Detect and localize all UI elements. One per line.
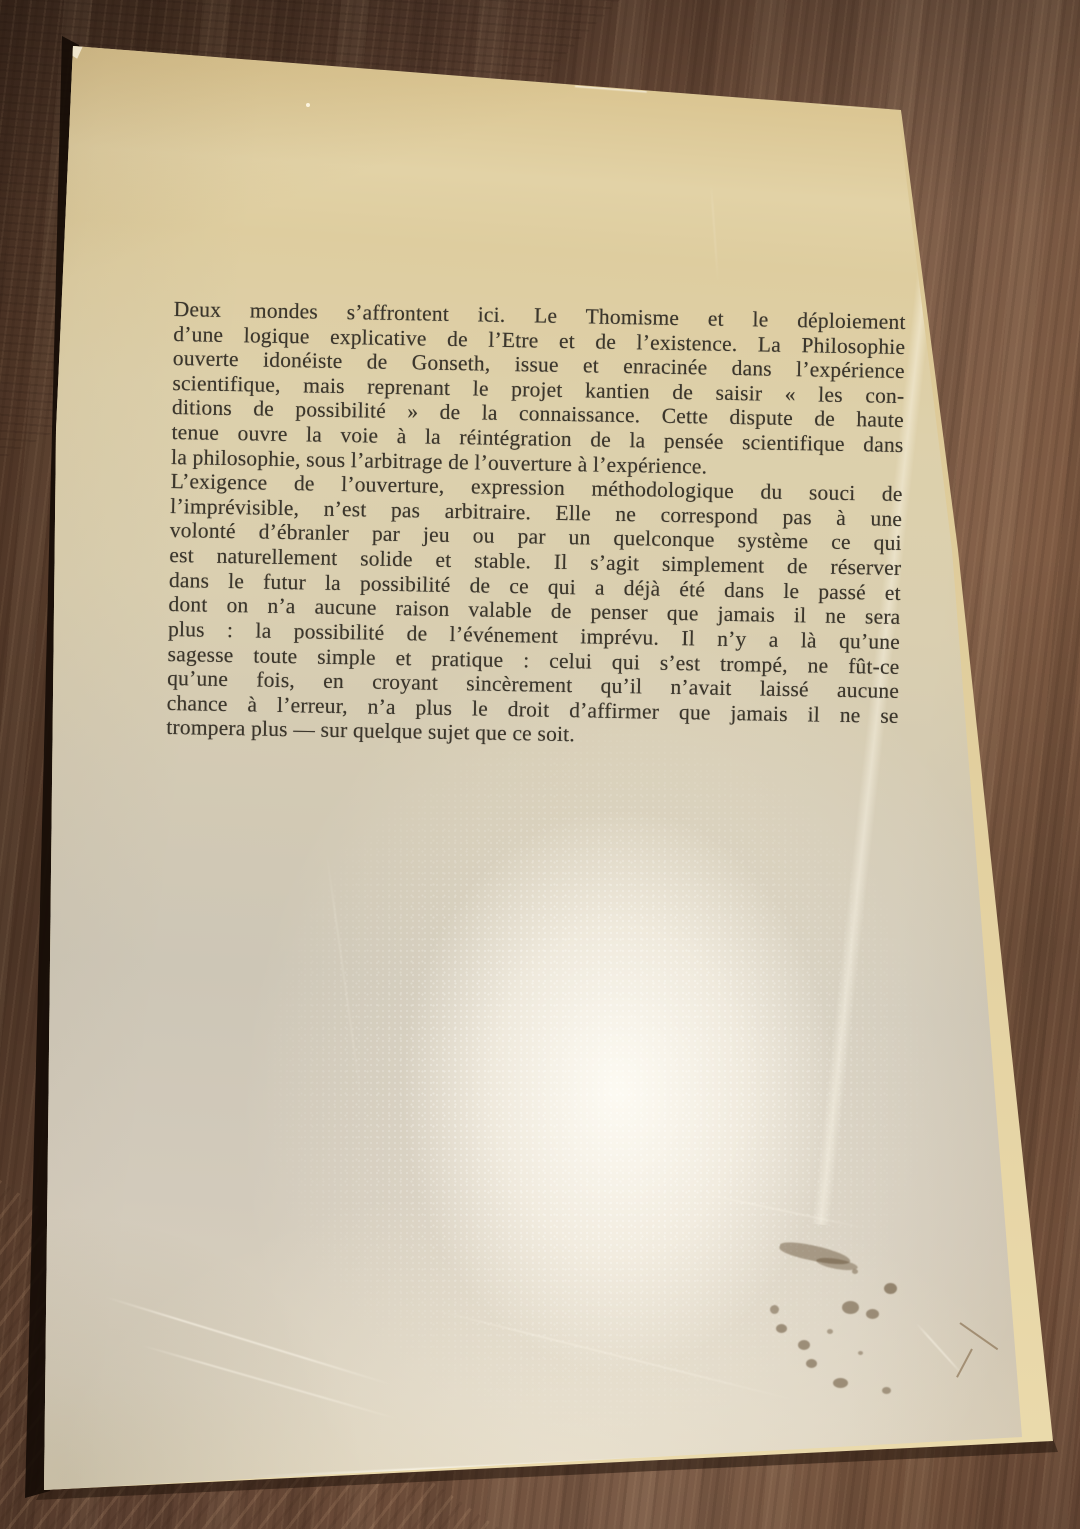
scratch-mark [959, 1322, 998, 1350]
paper-fleck [306, 103, 310, 107]
stain-mark [770, 1305, 779, 1314]
crease-line [710, 183, 719, 283]
stain-mark [806, 1359, 817, 1368]
stain-mark [798, 1340, 810, 1350]
stain-mark [866, 1309, 879, 1319]
stain-mark [827, 1329, 833, 1334]
blurb-text-block: Deux mondes s’affrontent ici. Le Thomism… [166, 297, 906, 753]
stain-mark [858, 1351, 863, 1355]
photo-scene: Deux mondes s’affrontent ici. Le Thomism… [0, 0, 1080, 1529]
stain-mark [884, 1283, 897, 1294]
stain-mark [852, 1269, 858, 1274]
stain-mark [833, 1378, 848, 1388]
stain-mark [882, 1387, 891, 1394]
stain-mark [776, 1324, 787, 1333]
stain-mark [842, 1301, 859, 1314]
scratch-mark [956, 1349, 973, 1378]
